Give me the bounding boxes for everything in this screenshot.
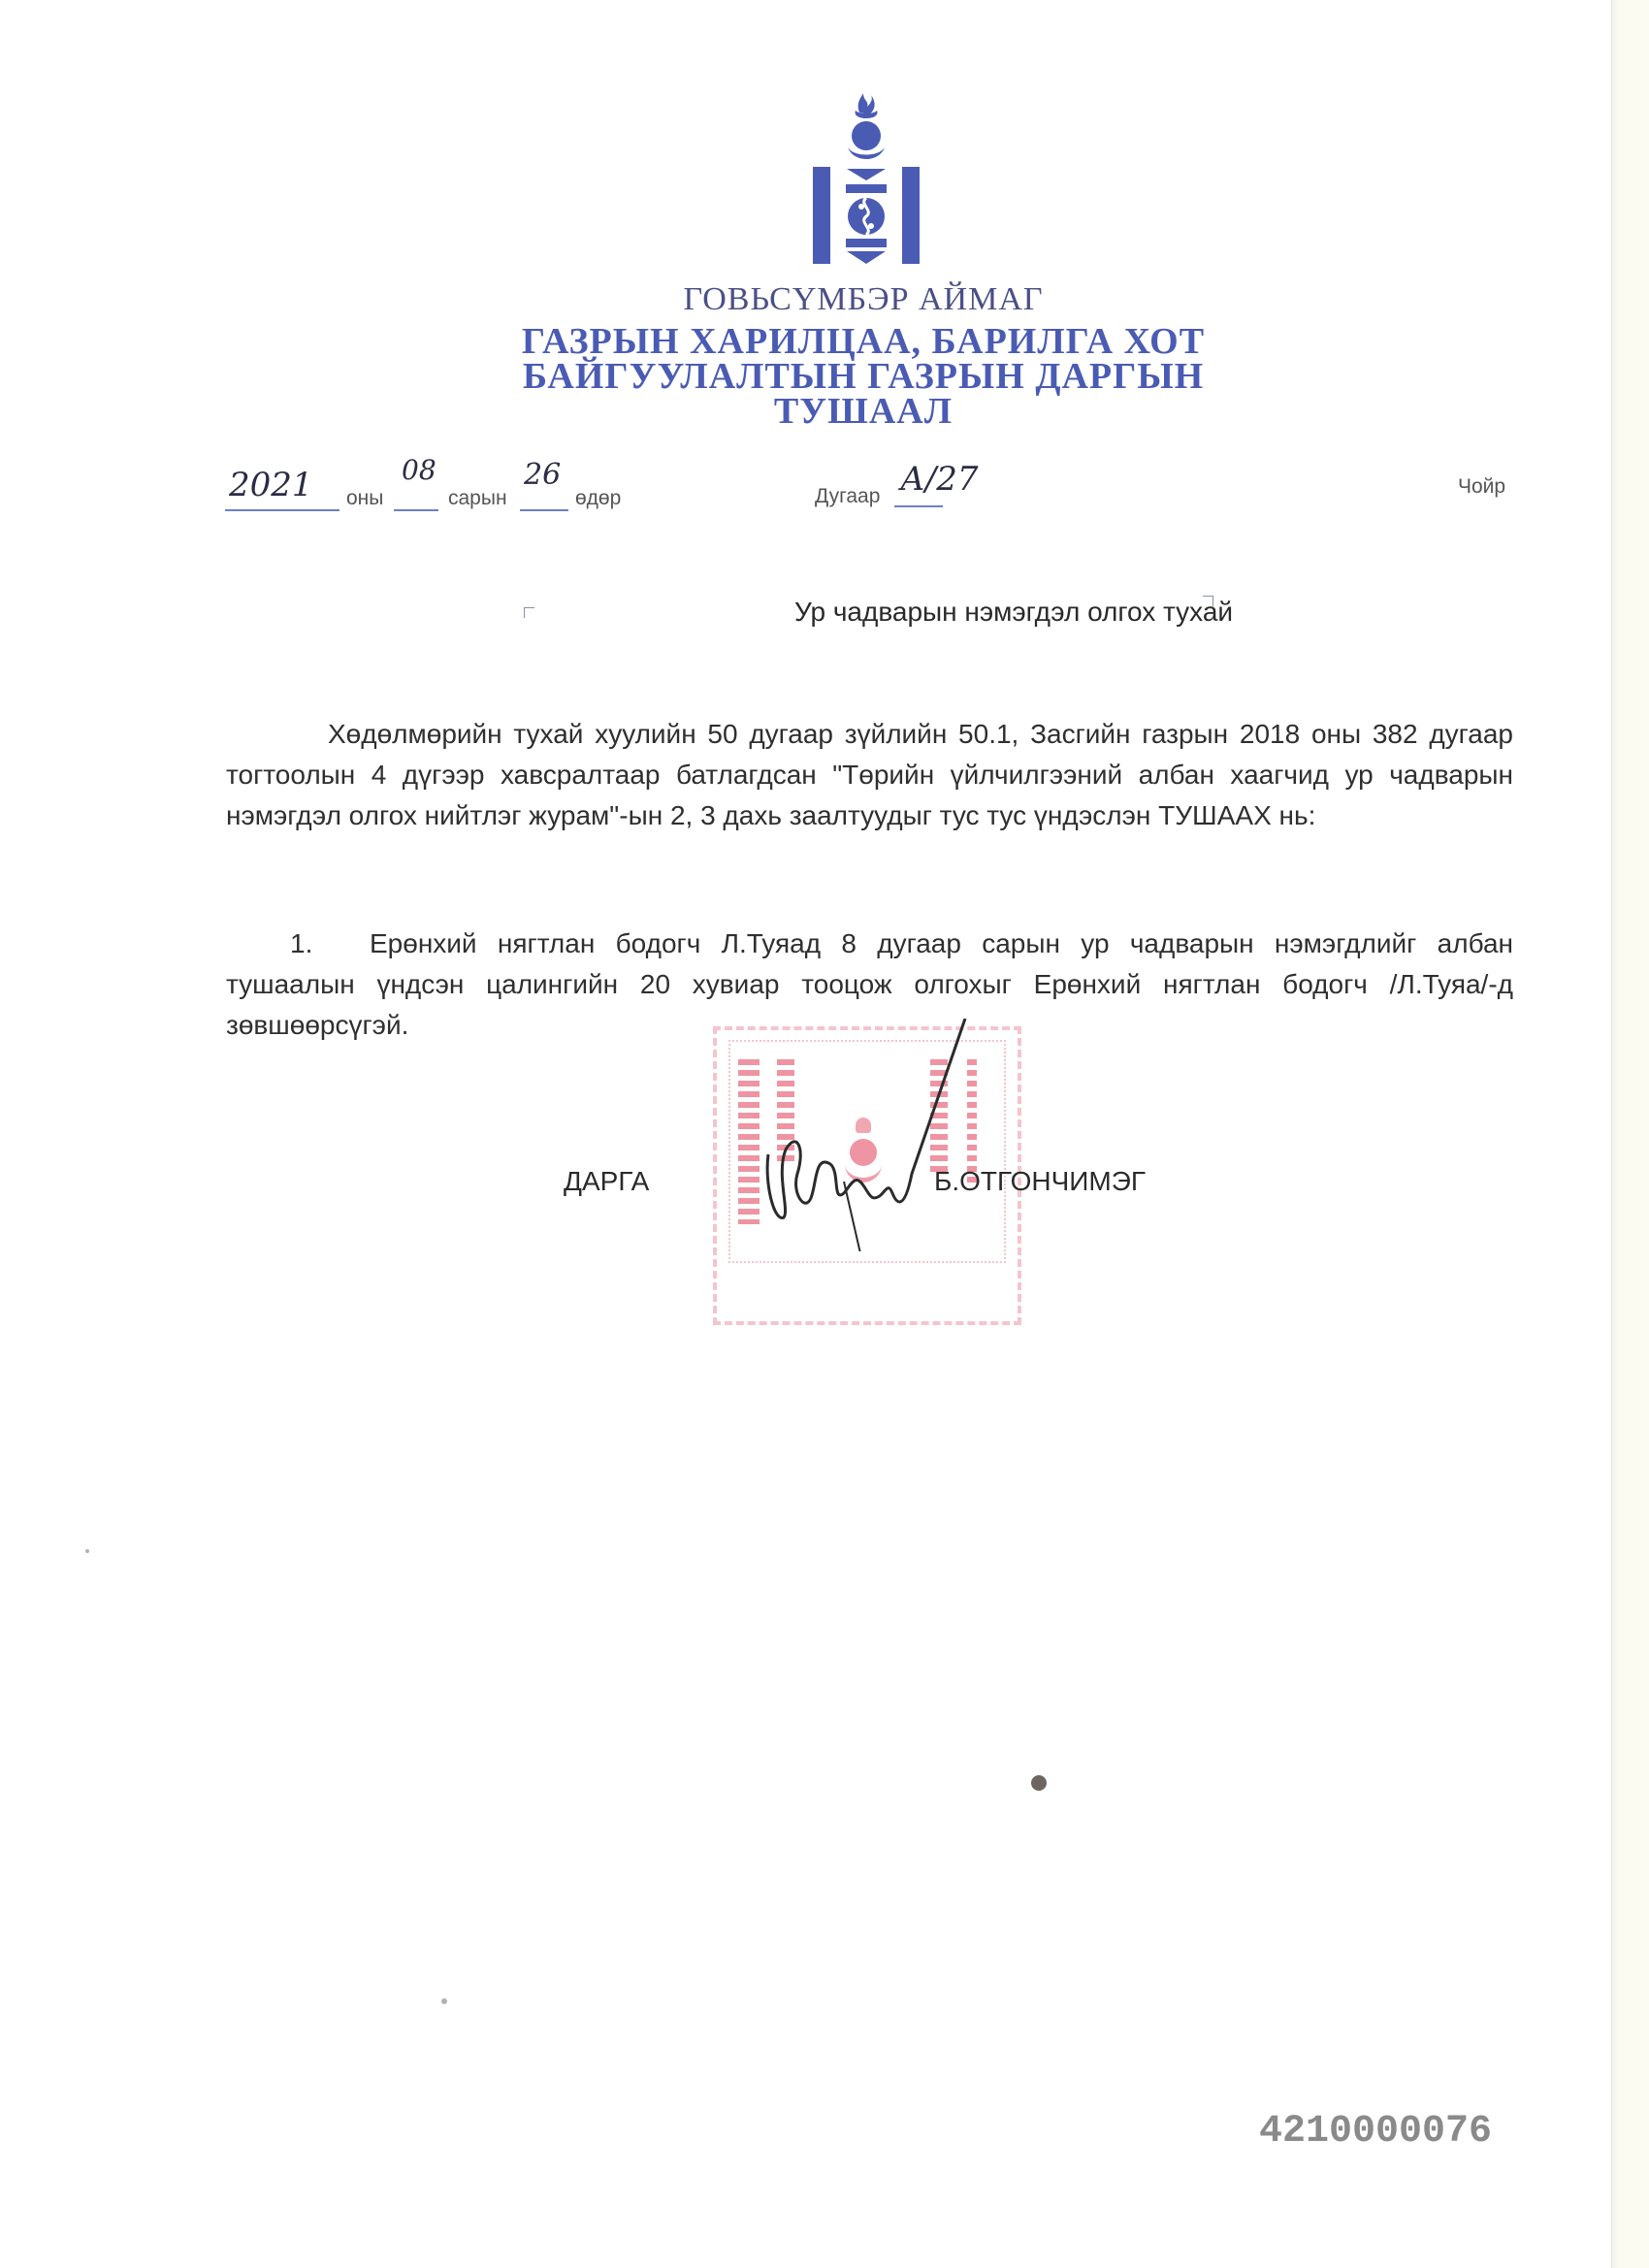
order-item-number: 1. <box>226 923 370 964</box>
document-subject: Ур чадварын нэмэгдэл олгох тухай <box>0 597 1649 628</box>
organization-title: ГАЗРЫН ХАРИЛЦАА, БАРИЛГА ХОТ БАЙГУУЛАЛТЫ… <box>0 324 1649 429</box>
year-underline <box>225 509 339 511</box>
signatory-name: Б.ОТГОНЧИМЭГ <box>934 1166 1146 1197</box>
soyombo-emblem-icon <box>813 93 920 268</box>
signatory-title: ДАРГА <box>564 1166 649 1197</box>
preamble-paragraph: Хөдөлмөрийн тухай хуулийн 50 дугаар зүйл… <box>226 714 1513 836</box>
day-label: өдөр <box>575 487 621 510</box>
day-underline <box>520 509 568 511</box>
handwritten-month: 08 <box>402 454 436 486</box>
month-underline <box>394 509 438 511</box>
month-label: сарын <box>448 487 507 510</box>
document-type: ТУШААЛ <box>0 394 1649 429</box>
organization-line-2: БАЙГУУЛАЛТЫН ГАЗРЫН ДАРГЫН <box>0 359 1649 394</box>
scan-speck <box>441 1998 447 2004</box>
scan-speck <box>85 1549 89 1553</box>
place-name: Чойр <box>1458 475 1505 499</box>
number-label: Дугаар <box>815 485 880 508</box>
serial-number: 4210000076 <box>1259 2110 1492 2154</box>
year-label: оны <box>346 487 383 510</box>
number-underline <box>894 505 943 507</box>
scan-speck <box>1031 1775 1047 1791</box>
handwritten-signature-icon <box>747 1019 999 1251</box>
handwritten-order-number: А/27 <box>900 460 978 499</box>
handwritten-day: 26 <box>524 458 561 492</box>
handwritten-year: 2021 <box>229 466 313 504</box>
province-name: ГОВЬСҮМБЭР АЙМАГ <box>0 281 1649 318</box>
date-number-row: 2021 оны 08 сарын 26 өдөр Дугаар А/27 Чо… <box>0 473 1649 522</box>
organization-line-1: ГАЗРЫН ХАРИЛЦАА, БАРИЛГА ХОТ <box>0 324 1649 359</box>
